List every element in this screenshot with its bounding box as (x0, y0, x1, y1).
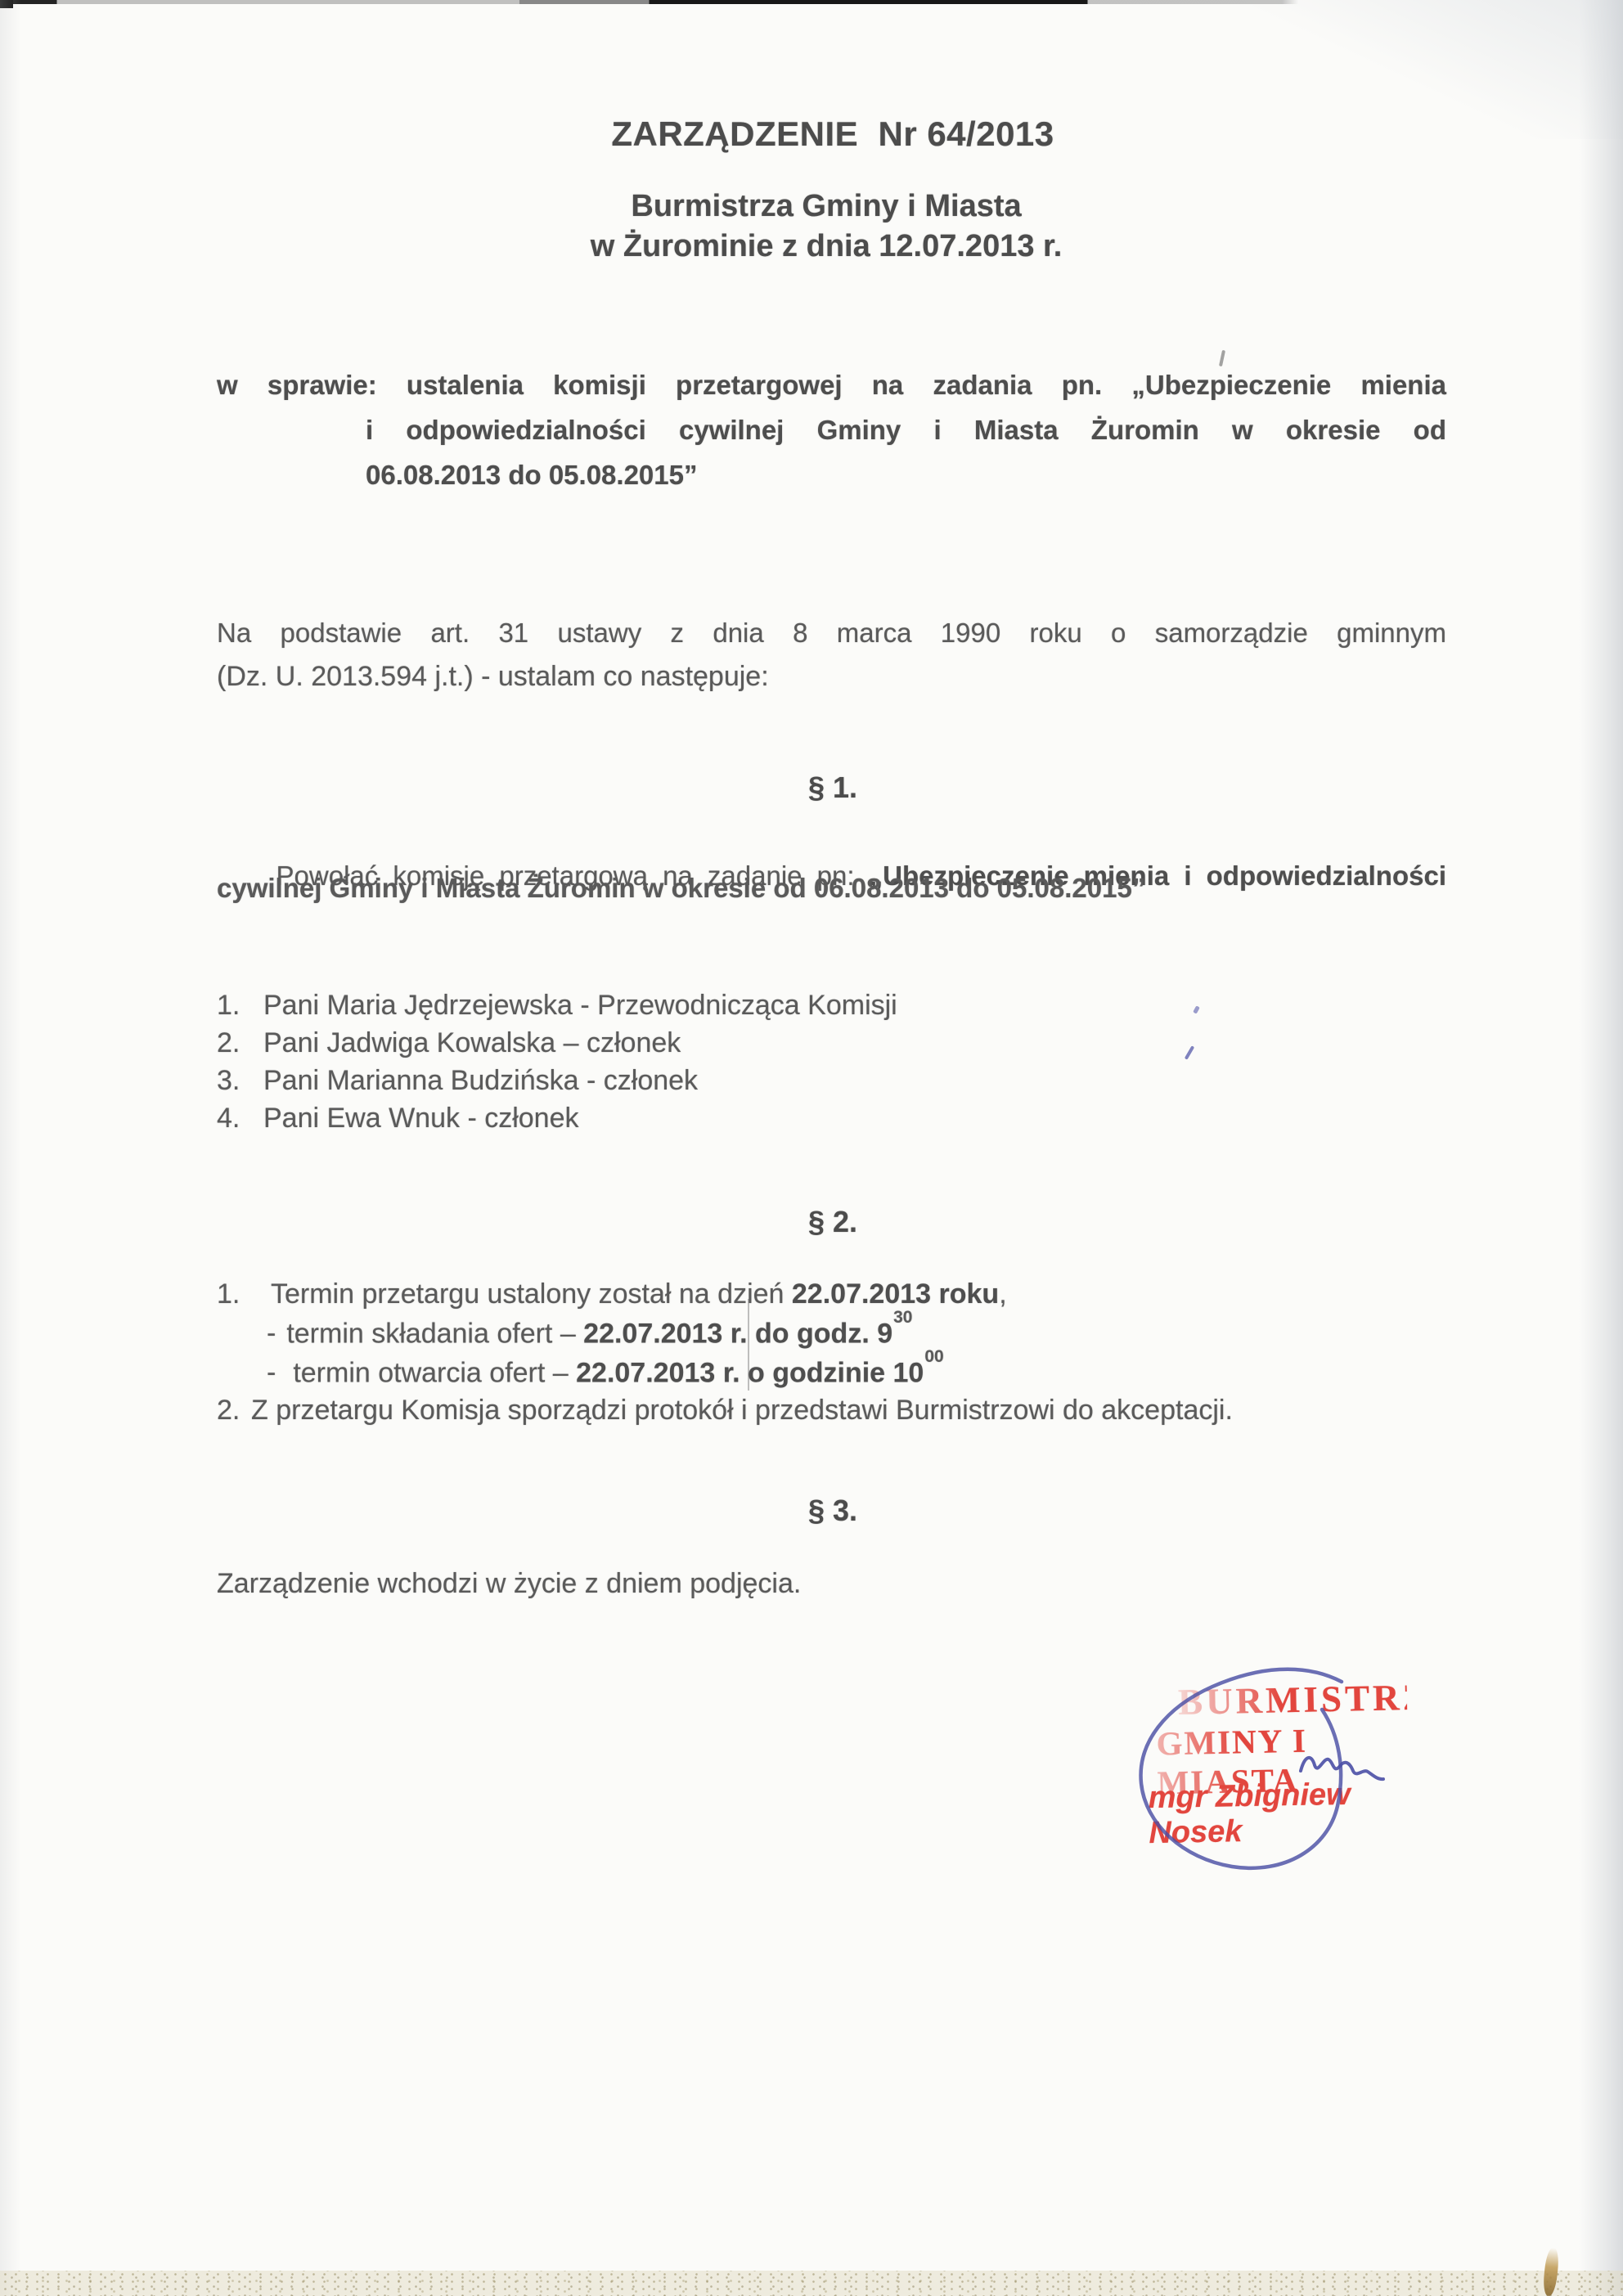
item-text-bold: 22.07.2013 roku (792, 1278, 999, 1310)
scan-artifact-pen-tick (1219, 350, 1225, 366)
committee-member-row: 1. Pani Maria Jędrzejewska - Przewodnicz… (217, 990, 897, 1022)
item-number: 2. (217, 1395, 251, 1427)
scanned-document-page: ZARZĄDZENIE Nr 64/2013 Burmistrza Gminy … (0, 0, 1623, 2296)
member-number: 2. (217, 1027, 263, 1059)
member-number: 1. (217, 990, 263, 1022)
time-superscript: 00 (924, 1347, 943, 1366)
section-2-subitem-1: - termin składania ofert – 22.07.2013 r.… (267, 1318, 911, 1350)
scan-artifact-right-shadow (1579, 0, 1623, 2296)
document-title: ZARZĄDZENIE Nr 64/2013 (21, 115, 1623, 154)
member-name: Pani Marianna Budzińska - członek (263, 1065, 698, 1097)
member-number: 3. (217, 1065, 263, 1097)
committee-member-row: 3. Pani Marianna Budzińska - członek (217, 1065, 698, 1097)
document-subtitle: Burmistrza Gminy i Miasta w Żurominie z … (15, 186, 1623, 267)
member-name: Pani Maria Jędrzejewska - Przewodnicząca… (263, 990, 897, 1022)
legal-basis-line-2: (Dz. U. 2013.594 j.t.) - ustalam co nast… (217, 661, 769, 693)
subject-line-3: 06.08.2013 do 05.08.2015” (366, 460, 697, 491)
subitem-text-normal: termin otwarcia ofert – (293, 1357, 576, 1388)
subitem-text: termin składania ofert – 22.07.2013 r. d… (286, 1318, 911, 1350)
item-text-tail: , (999, 1278, 1006, 1310)
section-3-heading: § 3. (21, 1494, 1623, 1528)
pen-signature-oval (1141, 1669, 1342, 1868)
item-number: 1. (217, 1278, 271, 1310)
subitem-text-bold: 22.07.2013 r. do godz. 9 (583, 1318, 892, 1349)
item-text: Z przetargu Komisja sporządzi protokół i… (251, 1395, 1233, 1427)
subtitle-place-date: w Żurominie z dnia 12.07.2013 r. (15, 227, 1623, 267)
subject-line-2: i odpowiedzialności cywilnej Gminy i Mia… (366, 415, 1446, 446)
section-2-item-2: 2. Z przetargu Komisja sporządzi protokó… (217, 1395, 1233, 1427)
subtitle-issuer: Burmistrza Gminy i Miasta (15, 186, 1623, 227)
section-3-text: Zarządzenie wchodzi w życie z dniem podj… (217, 1568, 801, 1600)
item-text: Termin przetargu ustalony został na dzie… (271, 1278, 1007, 1310)
subitem-text-bold: 22.07.2013 r. o godzinie 10 (576, 1357, 924, 1388)
committee-member-row: 2. Pani Jadwiga Kowalska – członek (217, 1027, 681, 1059)
member-number: 4. (217, 1103, 263, 1135)
section-2-heading: § 2. (21, 1205, 1623, 1239)
legal-basis-line-1: Na podstawie art. 31 ustawy z dnia 8 mar… (217, 618, 1446, 649)
time-superscript: 30 (893, 1308, 912, 1327)
section-2-item-1: 1. Termin przetargu ustalony został na d… (217, 1278, 1007, 1310)
subitem-text: termin otwarcia ofert – 22.07.2013 r. o … (293, 1357, 942, 1389)
dash-bullet: - (267, 1357, 276, 1389)
member-name: Pani Jadwiga Kowalska – członek (263, 1027, 681, 1059)
scan-artifact-blue-pen-tick (1185, 1045, 1194, 1060)
pen-signature (1127, 1659, 1405, 1896)
scan-artifact-bottom-speckle-band (0, 2271, 1623, 2296)
dash-bullet: - (267, 1318, 276, 1350)
section-2-subitem-2: - termin otwarcia ofert – 22.07.2013 r. … (267, 1357, 943, 1389)
scan-artifact-left-shadow (0, 0, 21, 2296)
section-1-task-name-part2: cywilnej Gminy i Miasta Żuromin w okresi… (217, 873, 1145, 904)
section-1-heading: § 1. (21, 771, 1623, 805)
scan-artifact-blue-pen-dot (1193, 1005, 1200, 1013)
item-text-normal: Termin przetargu ustalony został na dzie… (271, 1278, 792, 1310)
member-name: Pani Ewa Wnuk - członek (263, 1103, 579, 1135)
subject-line-1: w sprawie: ustalenia komisji przetargowe… (217, 370, 1446, 401)
committee-member-row: 4. Pani Ewa Wnuk - członek (217, 1103, 579, 1135)
subitem-text-normal: termin składania ofert – (286, 1318, 583, 1349)
